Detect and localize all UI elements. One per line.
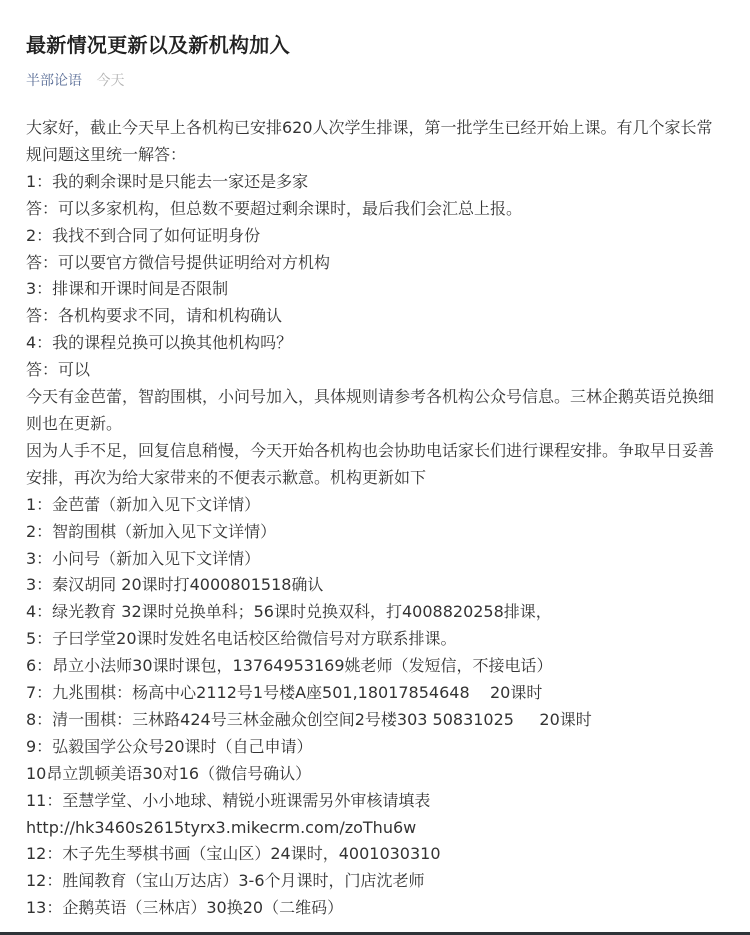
institution-item: 3：小问号（新加入见下文详情）	[26, 546, 726, 573]
faq-answer-4: 答：可以	[26, 357, 726, 384]
institution-item: 9：弘毅国学公众号20课时（自己申请）	[26, 734, 726, 761]
institution-item: 6：昂立小法师30课时课包，13764953169姚老师（发短信，不接电话）	[26, 653, 726, 680]
form-url: http://hk3460s2615tyrx3.mikecrm.com/zoTh…	[26, 815, 726, 842]
faq-question-2: 2：我找不到合同了如何证明身份	[26, 223, 726, 250]
faq-answer-2: 答：可以要官方微信号提供证明给对方机构	[26, 250, 726, 277]
publish-date: 今天	[96, 73, 124, 89]
faq-answer-1: 答：可以多家机构，但总数不要超过剩余课时，最后我们会汇总上报。	[26, 196, 726, 223]
author-link[interactable]: 半部论语	[26, 73, 82, 89]
article-title: 最新情况更新以及新机构加入	[26, 0, 750, 59]
faq-answer-3: 答：各机构要求不同，请和机构确认	[26, 303, 726, 330]
article-content: 大家好，截止今天早上各机构已安排620人次学生排课，第一批学生已经开始上课。有几…	[26, 115, 726, 922]
institution-item: 5：子曰学堂20课时发姓名电话校区给微信号对方联系排课。	[26, 626, 726, 653]
institution-item: 13：企鹅英语（三林店）30换20（二维码）	[26, 895, 726, 922]
institution-item: 10昂立凯顿美语30对16（微信号确认）	[26, 761, 726, 788]
faq-question-1: 1：我的剩余课时是只能去一家还是多家	[26, 169, 726, 196]
article-meta: 半部论语 今天	[26, 71, 750, 91]
paragraph-intro: 大家好，截止今天早上各机构已安排620人次学生排课，第一批学生已经开始上课。有几…	[26, 115, 726, 169]
paragraph-apology: 因为人手不足，回复信息稍慢，今天开始各机构也会协助电话家长们进行课程安排。争取早…	[26, 438, 726, 492]
institution-item: 12：木子先生琴棋书画（宝山区）24课时，4001030310	[26, 841, 726, 868]
institution-item: 1：金芭蕾（新加入见下文详情）	[26, 492, 726, 519]
institution-item: 2：智韵围棋（新加入见下文详情）	[26, 519, 726, 546]
article: 最新情况更新以及新机构加入 半部论语 今天 大家好，截止今天早上各机构已安排62…	[0, 0, 750, 922]
faq-question-4: 4：我的课程兑换可以换其他机构吗？	[26, 330, 726, 357]
faq-question-3: 3：排课和开课时间是否限制	[26, 276, 726, 303]
institution-item: 3：秦汉胡同 20课时打4000801518确认	[26, 572, 726, 599]
institution-item: 7：九兆围棋：杨高中心2112号1号楼A座501,18017854648 20课…	[26, 680, 726, 707]
institution-item: 4：绿光教育 32课时兑换单科；56课时兑换双科，打4008820258排课，	[26, 599, 726, 626]
paragraph-new-institutions: 今天有金芭蕾，智韵围棋，小问号加入，具体规则请参考各机构公众号信息。三林企鹅英语…	[26, 384, 726, 438]
institution-item: 8：清一围棋：三林路424号三林金融众创空间2号楼303 50831025 20…	[26, 707, 726, 734]
institution-item: 12：胜闻教育（宝山万达店）3-6个月课时，门店沈老师	[26, 868, 726, 895]
institution-item: 11：至慧学堂、小小地球、精锐小班课需另外审核请填表	[26, 788, 726, 815]
